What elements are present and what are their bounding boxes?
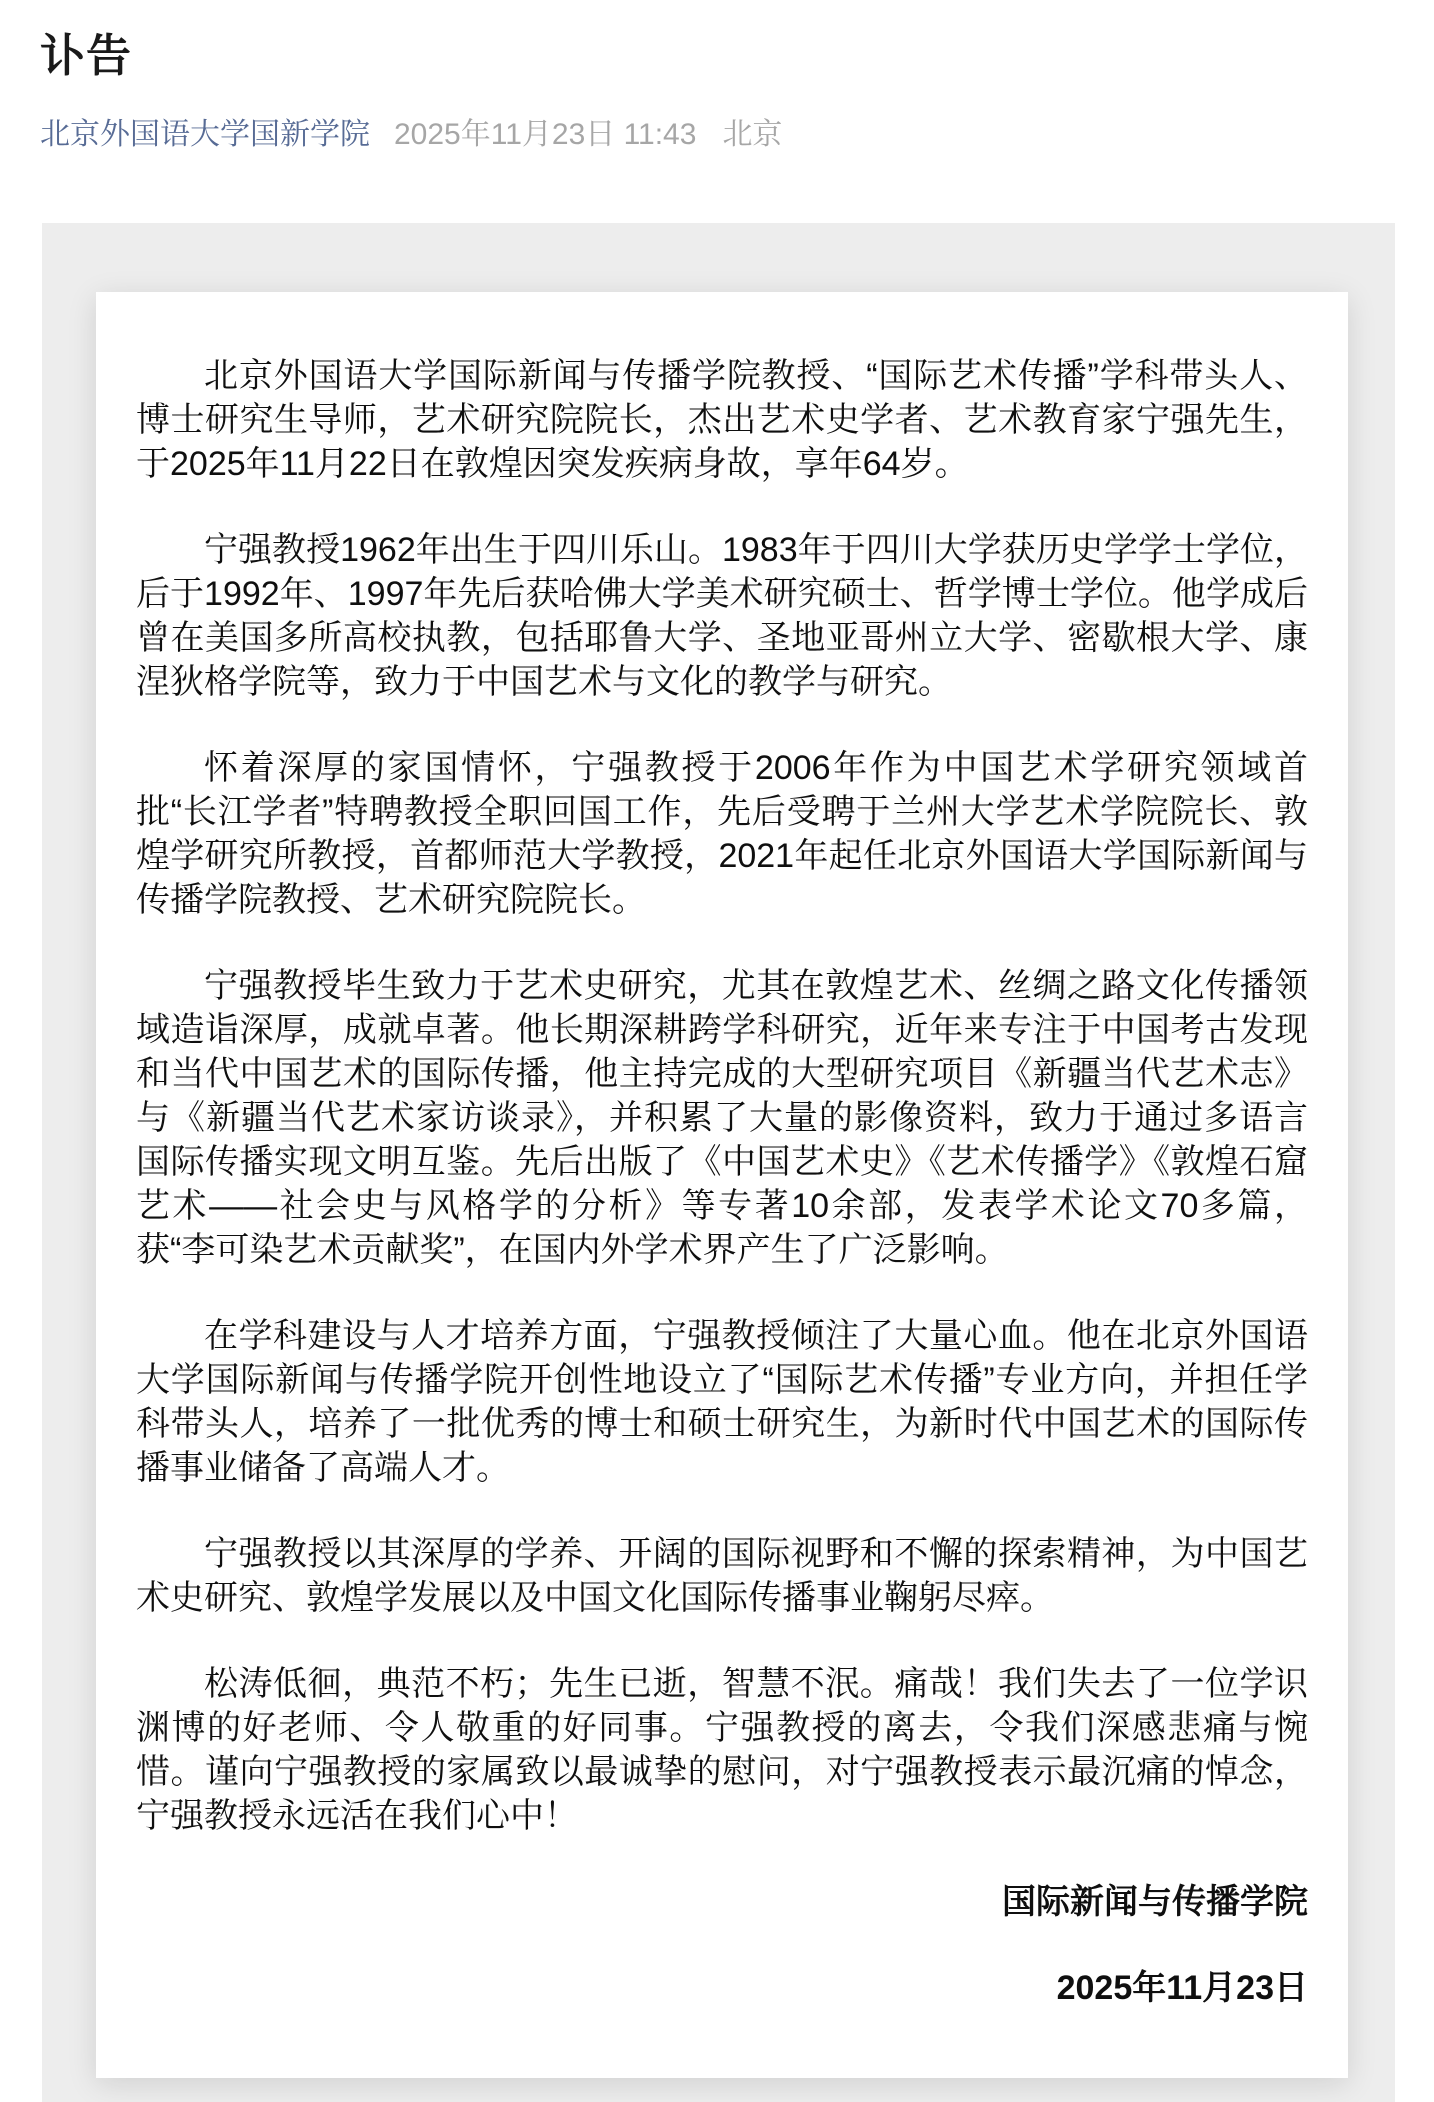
article-header: 讣告 北京外国语大学国新学院 2025年11月23日 11:43 北京	[0, 0, 1434, 152]
letter-paragraph: 宁强教授以其深厚的学养、开阔的国际视野和不懈的探索精神，为中国艺术史研究、敦煌学…	[136, 1532, 1308, 1620]
letter-date: 2025年11月23日	[136, 1966, 1308, 2010]
letter-paragraph: 北京外国语大学国际新闻与传播学院教授、“国际艺术传播”学科带头人、博士研究生导师…	[136, 354, 1308, 486]
account-name-link[interactable]: 北京外国语大学国新学院	[40, 118, 370, 152]
publish-datetime: 2025年11月23日 11:43	[394, 118, 696, 152]
page-title: 讣告	[40, 30, 1394, 82]
letter-card: 北京外国语大学国际新闻与传播学院教授、“国际艺术传播”学科带头人、博士研究生导师…	[96, 292, 1348, 2078]
letter-paragraph: 宁强教授1962年出生于四川乐山。1983年于四川大学获历史学学士学位，后于19…	[136, 528, 1308, 704]
letter-paragraph: 松涛低徊，典范不朽；先生已逝，智慧不泯。痛哉！我们失去了一位学识渊博的好老师、令…	[136, 1662, 1308, 1838]
letter-paragraph: 怀着深厚的家国情怀，宁强教授于2006年作为中国艺术学研究领域首批“长江学者”特…	[136, 746, 1308, 922]
letter-paragraph: 宁强教授毕生致力于艺术史研究，尤其在敦煌艺术、丝绸之路文化传播领域造诣深厚，成就…	[136, 964, 1308, 1272]
byline: 北京外国语大学国新学院 2025年11月23日 11:43 北京	[40, 118, 1394, 152]
letter-signature: 国际新闻与传播学院	[136, 1880, 1308, 1924]
publish-location: 北京	[722, 118, 782, 152]
notice-panel: 北京外国语大学国际新闻与传播学院教授、“国际艺术传播”学科带头人、博士研究生导师…	[42, 223, 1395, 2102]
letter-paragraph: 在学科建设与人才培养方面，宁强教授倾注了大量心血。他在北京外国语大学国际新闻与传…	[136, 1314, 1308, 1490]
letter-body: 北京外国语大学国际新闻与传播学院教授、“国际艺术传播”学科带头人、博士研究生导师…	[96, 292, 1348, 2010]
